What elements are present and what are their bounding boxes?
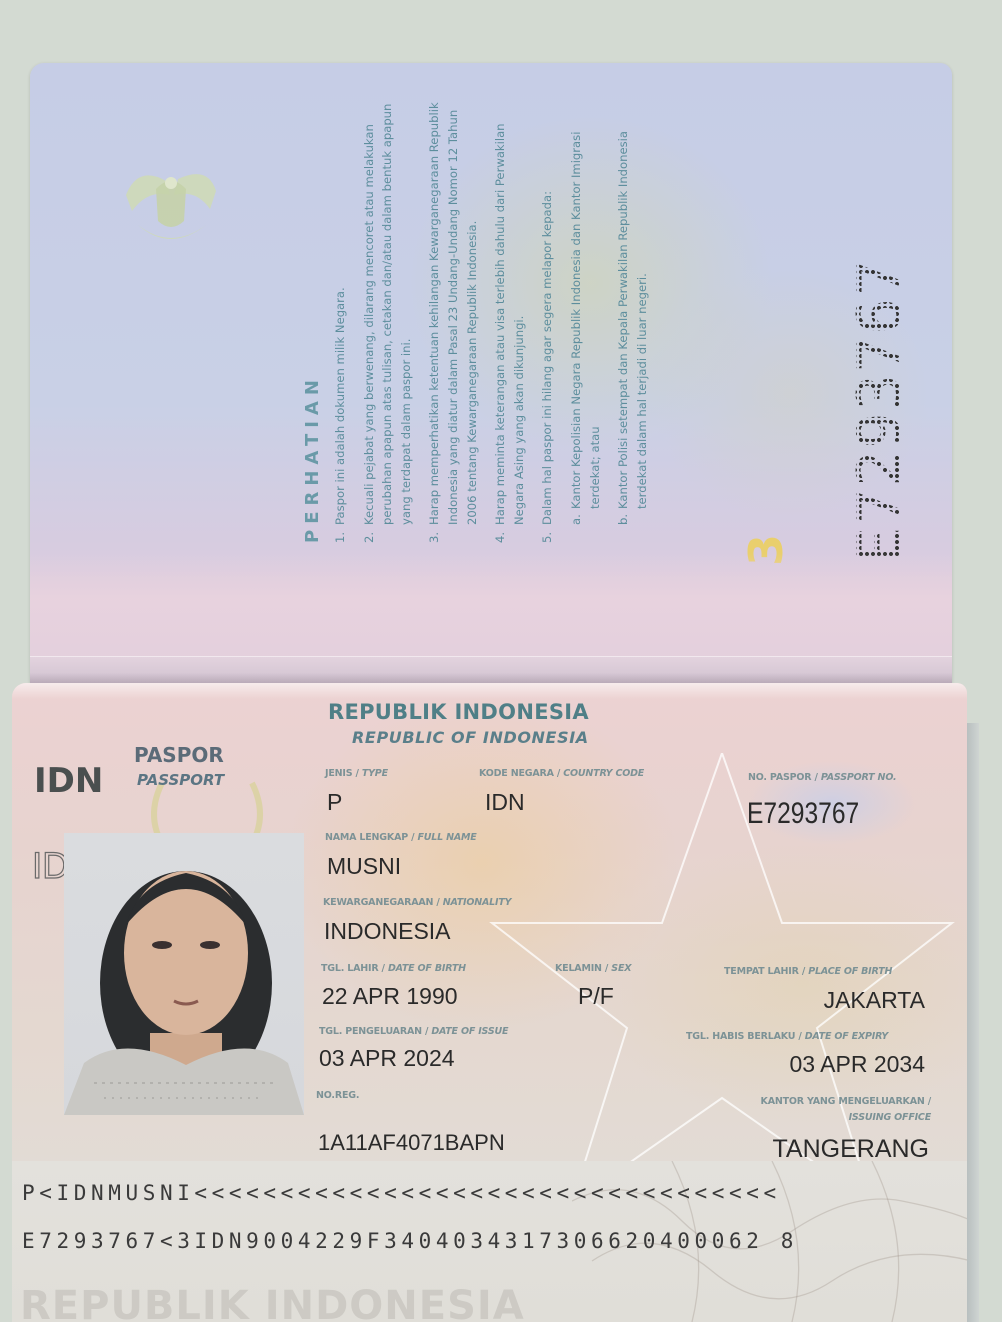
observation-item: 1. Paspor ini adalah dokumen milik Negar… xyxy=(331,83,350,543)
type-value: P xyxy=(327,789,342,816)
full-name-label: NAMA LENGKAP / FULL NAME xyxy=(325,832,477,843)
nationality-value: INDONESIA xyxy=(324,918,451,945)
type-label: JENIS / TYPE xyxy=(325,768,388,779)
date-of-expiry-label: TGL. HABIS BERLAKU / DATE OF EXPIRY xyxy=(686,1031,888,1042)
page-right-edge xyxy=(967,723,979,1322)
observation-item: 3. Harap memperhatikan ketentuan kehilan… xyxy=(425,83,481,543)
observations-title: PERHATIAN xyxy=(295,83,331,543)
mrz-line-2: E7293767<3IDN9004229F3404034317306620400… xyxy=(22,1229,798,1253)
holder-portrait-icon xyxy=(64,833,304,1115)
garuda-emblem-icon xyxy=(118,155,224,247)
place-of-birth-label: TEMPAT LAHIR / PLACE OF BIRTH xyxy=(724,966,892,977)
doc-title-id: PASPOR xyxy=(134,743,224,767)
nationality-label: KEWARGANEGARAAN / NATIONALITY xyxy=(323,897,511,908)
header-country-en: Republic of Indonesia xyxy=(352,728,589,747)
country-code-value: IDN xyxy=(485,789,525,816)
date-of-expiry-value: 03 APR 2034 xyxy=(789,1051,925,1078)
country-code-label: KODE NEGARA / COUNTRY CODE xyxy=(479,768,644,779)
doc-title-en: PASSPORT xyxy=(137,771,224,789)
dob-label: TGL. LAHIR / DATE OF BIRTH xyxy=(321,963,466,974)
lamination-sheen xyxy=(12,683,967,699)
passport-no-label: NO. PASPOR / PASSPORT NO. xyxy=(748,772,896,783)
country-code-large: IDN xyxy=(34,761,103,801)
place-of-birth-value: JAKARTA xyxy=(824,987,925,1014)
mrz-line-1: P<IDNMUSNI<<<<<<<<<<<<<<<<<<<<<<<<<<<<<<… xyxy=(22,1181,781,1205)
observation-item: 2. Kecuali pejabat yang berwenang, dilar… xyxy=(360,83,416,543)
date-of-issue-label: TGL. PENGELUARAN / DATE OF ISSUE xyxy=(319,1026,508,1037)
observation-subitem: b. Kantor Polisi setempat dan Kepala Per… xyxy=(614,83,651,525)
observations-page: PERHATIAN 1. Paspor ini adalah dokumen m… xyxy=(30,63,952,683)
reg-no-label: NO.REG. xyxy=(316,1090,359,1101)
observation-item: 5. Dalam hal paspor ini hilang agar sege… xyxy=(538,83,557,543)
full-name-value: MUSNI xyxy=(327,853,401,880)
observation-subitem: a. Kantor Kepolisian Negara Republik Ind… xyxy=(567,83,604,525)
date-of-issue-value: 03 APR 2024 xyxy=(319,1045,455,1072)
sex-value: P/F xyxy=(578,983,614,1010)
page-fold xyxy=(30,656,952,683)
bottom-watermark: REPUBLIK INDONESIA xyxy=(20,1283,525,1322)
passport-data-page: Republik Indonesia Republic of Indonesia… xyxy=(12,683,967,1322)
reg-no-value: 1A11AF4071BAPN xyxy=(318,1130,505,1156)
observations-text-block: PERHATIAN 1. Paspor ini adalah dokumen m… xyxy=(295,83,835,553)
holder-photo xyxy=(64,833,304,1115)
header-country-id: Republik Indonesia xyxy=(328,700,589,724)
sex-label: KELAMIN / SEX xyxy=(555,963,631,974)
passport-no-value: E7293767 xyxy=(747,797,859,831)
perforated-passport-number: E7293767 xyxy=(840,153,920,563)
observation-item: 4. Harap meminta keterangan atau visa te… xyxy=(491,83,528,543)
issuing-office-label: KANTOR YANG MENGELUARKAN /ISSUING OFFICE xyxy=(761,1096,931,1129)
dob-value: 22 APR 1990 xyxy=(322,983,458,1010)
issuing-office-value: TANGERANG xyxy=(773,1135,930,1164)
